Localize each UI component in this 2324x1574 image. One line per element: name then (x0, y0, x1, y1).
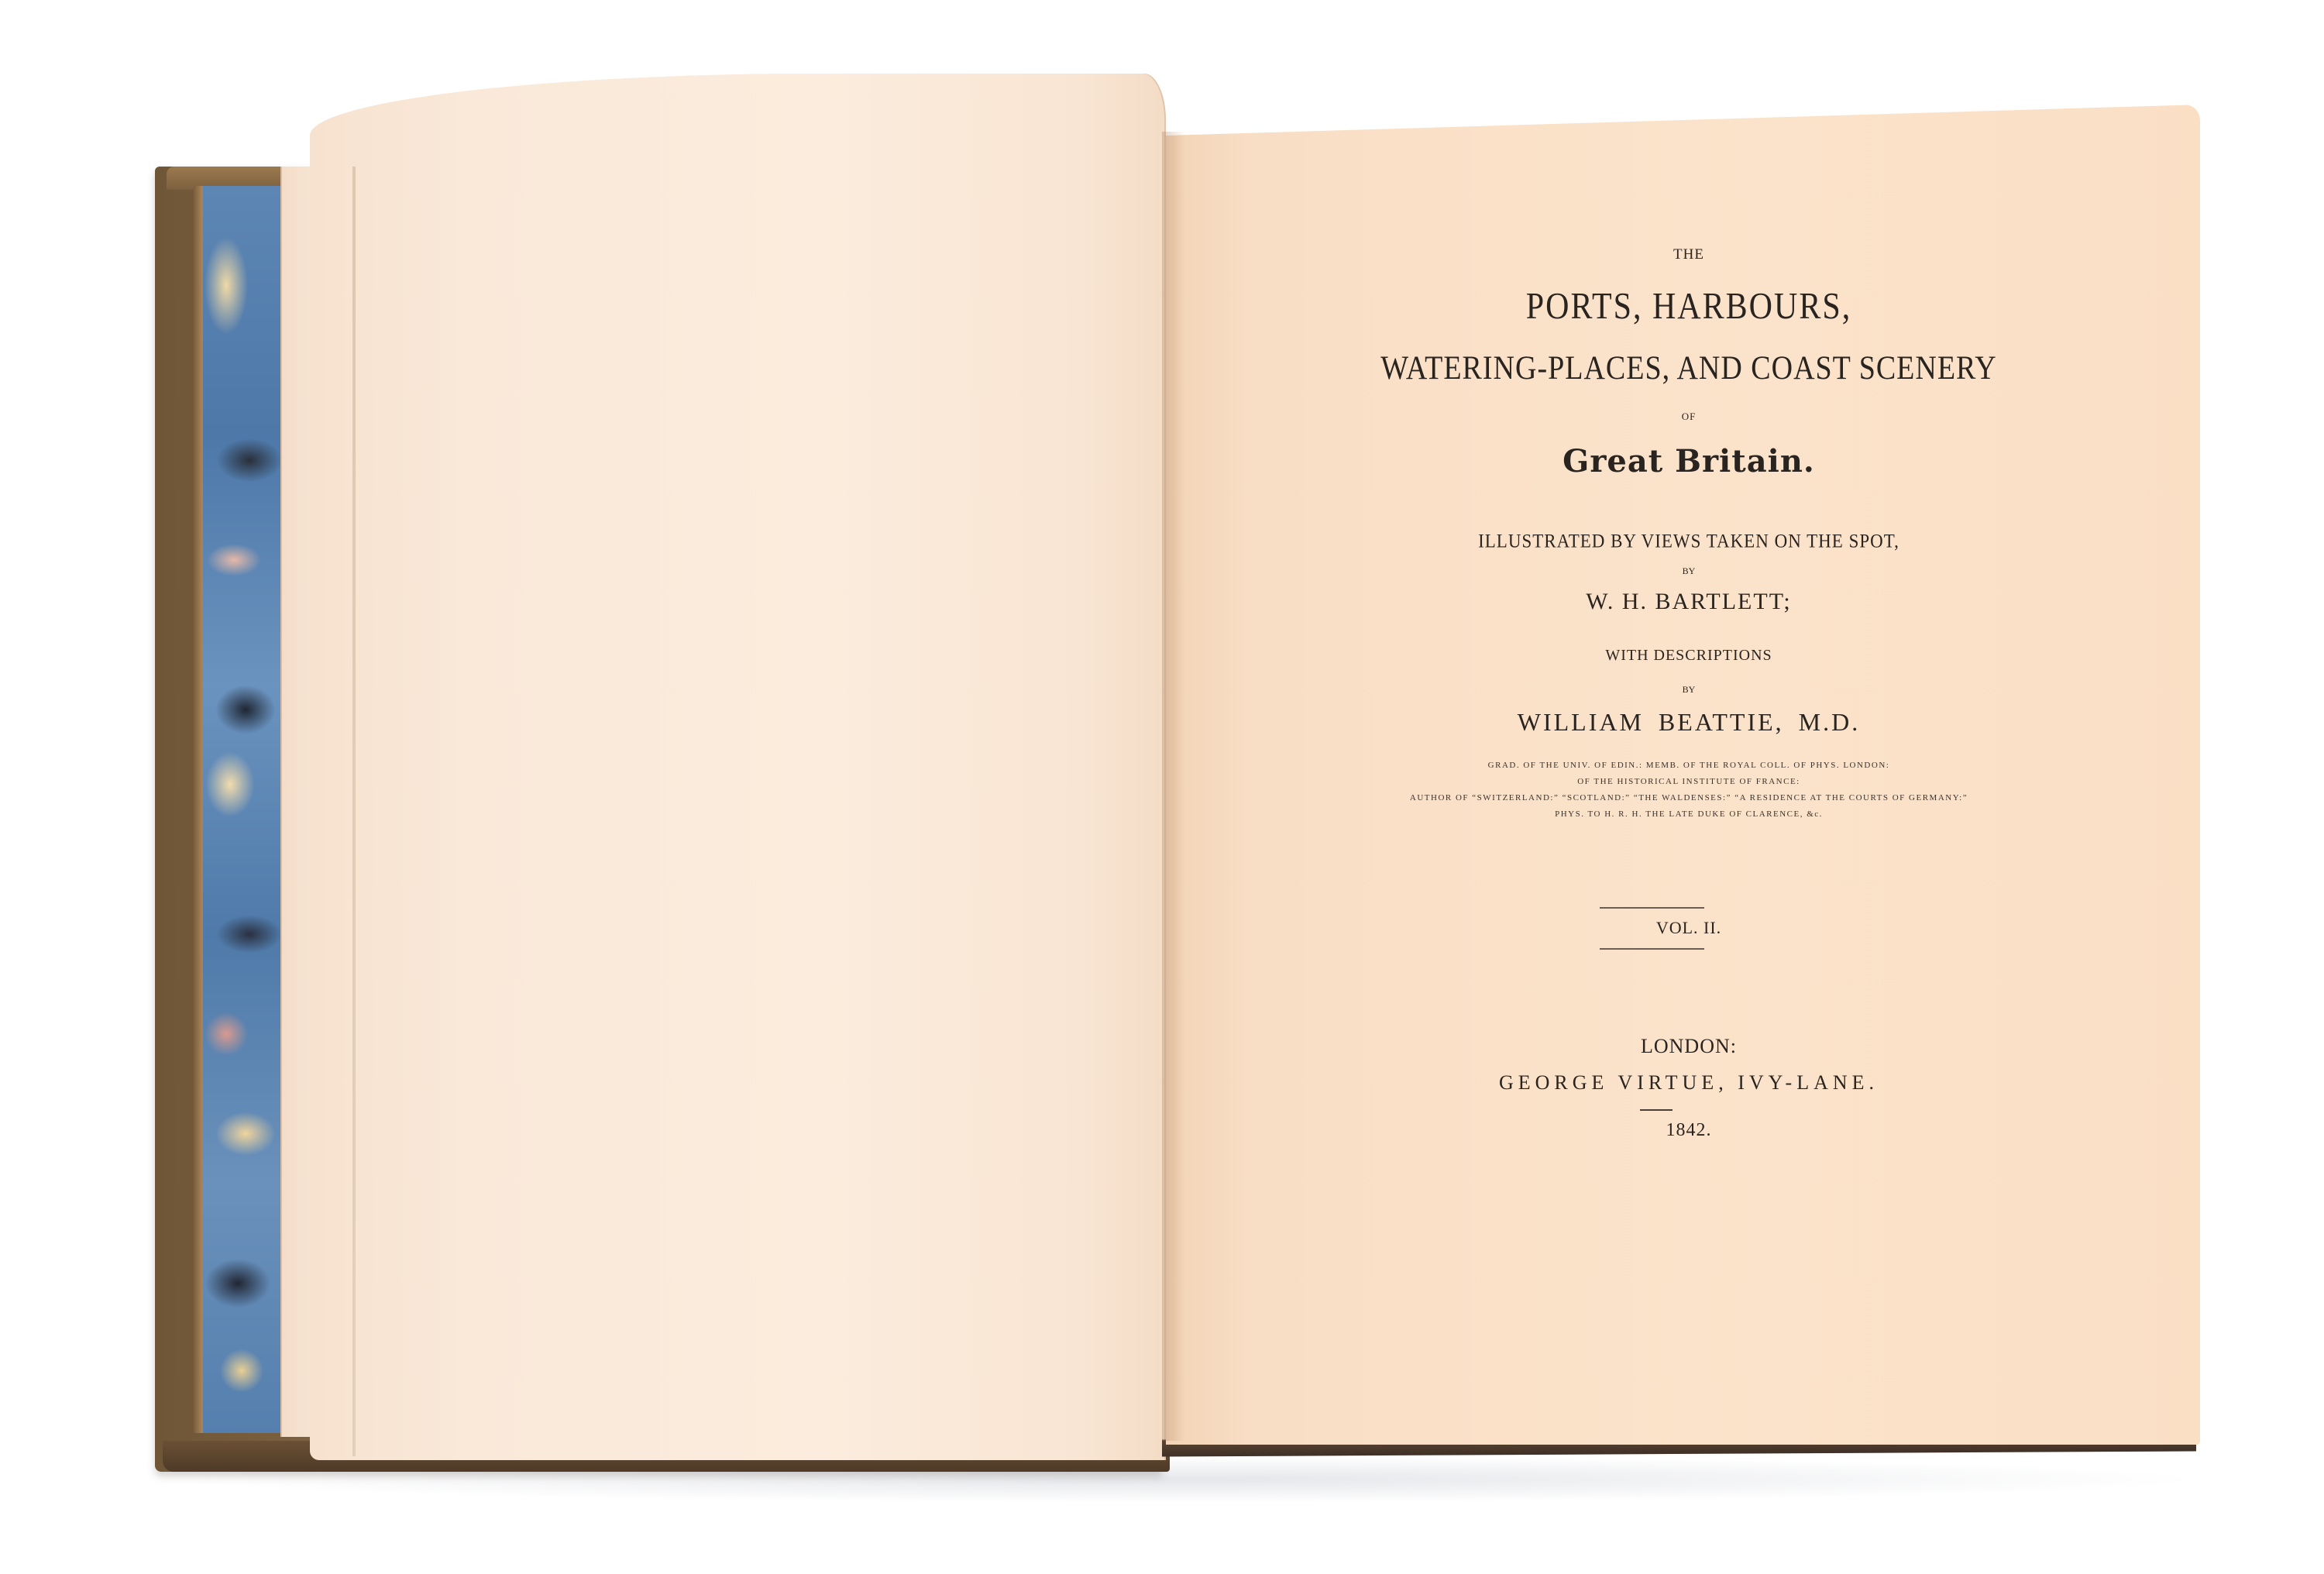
title-line-watering-places: WATERING-PLACES, AND COAST SCENERY (1208, 349, 2169, 388)
title-line-ports-harbours: PORTS, HARBOURS, (1208, 285, 2169, 328)
by-label-1: BY (1208, 565, 2169, 577)
author-credential-2: OF THE HISTORICAL INSTITUTE OF FRANCE: (1208, 777, 2169, 786)
illustrated-by-line: ILLUSTRATED BY VIEWS TAKEN ON THE SPOT, (1208, 531, 2169, 553)
author-credential-3: AUTHOR OF “SWITZERLAND:” “SCOTLAND:” “TH… (1208, 793, 2169, 802)
by-label-2: BY (1208, 684, 2169, 696)
gutter-shadow (1162, 132, 1185, 1441)
imprint-place: LONDON: (1208, 1035, 2169, 1058)
title-of: OF (1208, 411, 2169, 423)
author-credential-4: PHYS. TO H. R. H. THE LATE DUKE OF CLARE… (1208, 809, 2169, 819)
imprint-dash (1640, 1109, 1673, 1111)
left-page-fold-line (352, 167, 356, 1456)
author-credential-1: GRAD. OF THE UNIV. OF EDIN.: MEMB. OF TH… (1208, 761, 2169, 770)
marbled-endpaper (203, 186, 280, 1433)
volume-number: VOL. II. (1208, 918, 2169, 938)
imprint-publisher: GEORGE VIRTUE, IVY-LANE. (1208, 1071, 2169, 1095)
with-descriptions-line: WITH DESCRIPTIONS (1208, 647, 2169, 665)
volume-rule-bottom (1600, 948, 1704, 950)
illustrator-name: W. H. BARTLETT; (1208, 589, 2169, 615)
imprint-year: 1842. (1208, 1120, 2169, 1141)
volume-rule-top (1600, 907, 1704, 909)
title-the: THE (1208, 246, 2169, 263)
title-great-britain: Great Britain. (1208, 443, 2169, 479)
author-name: WILLIAM BEATTIE, M.D. (1208, 708, 2169, 737)
left-blank-page[interactable] (310, 74, 1166, 1460)
